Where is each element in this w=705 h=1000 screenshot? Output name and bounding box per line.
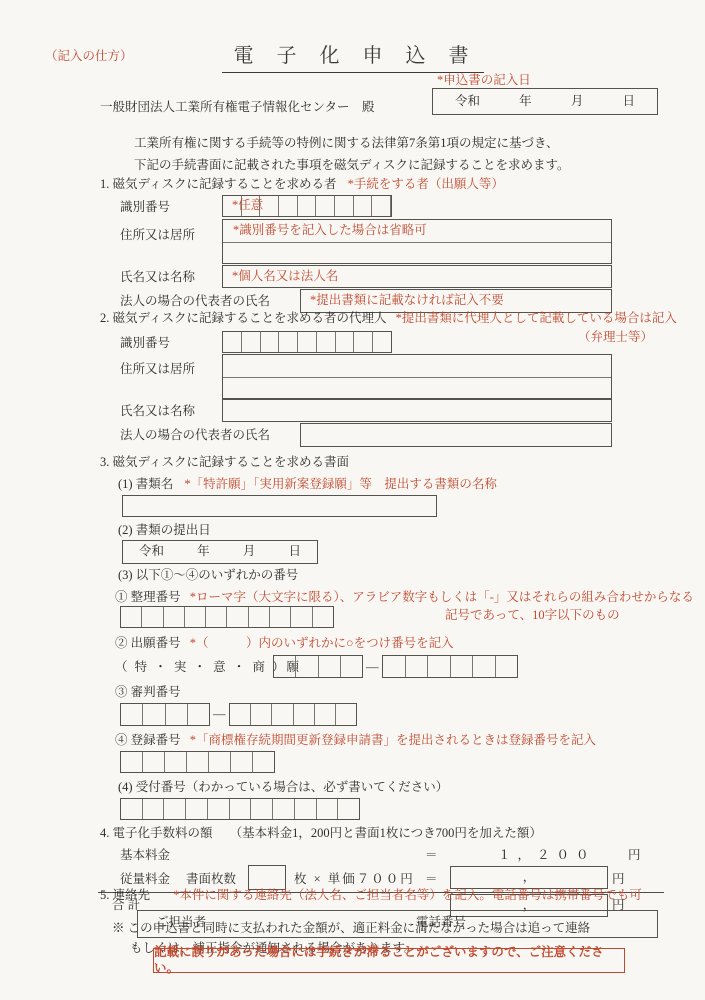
intro-line-2: 下記の手続書面に記載された事項を磁気ディスクに記録することを求めます。 [134,158,570,174]
digit-cell [298,196,317,216]
digit-cell [354,332,373,352]
digit-cell [341,656,362,677]
unit-fee-amount-field[interactable]: ， [450,866,608,889]
section2-id-label: 識別番号 [120,336,170,352]
intro-line-1: 工業所有権に関する手続等の特例に関する法律第7条第1項の規定に基づき、 [134,136,559,152]
section2-name-field[interactable] [222,399,612,422]
section2-heading-note2: （弁理士等） [578,330,653,346]
section1-address-field[interactable]: *識別番号を記入した場合は省略可 [222,219,612,264]
section2-address-field[interactable] [222,354,612,399]
digit-cell [188,704,209,725]
digit-cell [451,656,474,677]
digit-cell [272,704,293,725]
section3-item3-label: (3) 以下①～④のいずれかの番号 [118,568,298,584]
reference-number-grid[interactable] [120,606,334,628]
digit-cell [270,607,291,627]
section3-sub4-note: *「商標権存続期間更新登録申請書」を提出されるときは登録番号を記入 [190,733,596,747]
year-label: 年 [197,544,210,560]
digit-cell [164,607,185,627]
section3-sub1-note1: *ローマ字（大文字に限る）、アラビア数字もしくは「-」又はそれらの組み合わせから… [190,590,694,604]
section1-name-field[interactable]: *個人名又は法人名 [222,265,612,288]
digit-cell [227,607,248,627]
receipt-number-grid[interactable] [120,798,360,820]
addressee: 一般財団法人工業所有権電子情報化センター 殿 [100,100,375,116]
era-label: 令和 [455,94,480,110]
contact-heading-note: *本件に関する連絡先（法人名、ご担当者名等）を記入。電話番号は携帯番号でも可 [173,888,642,902]
digit-cell [242,332,261,352]
section3-item1-note: *「特許願」「実用新案登録願」等 提出する書類の名称 [184,477,497,491]
number-dash: ― [366,660,379,676]
digit-cell [253,752,274,772]
yen-label: 円 [612,872,625,888]
digit-cell [231,752,253,772]
digit-cell [143,704,165,725]
form-title-wrap: 電 子 化 申 込 書 [0,44,705,73]
digit-cell [336,332,355,352]
digit-cell [279,332,298,352]
digit-cell [335,196,354,216]
appeal-number-grid-left[interactable] [120,703,210,726]
day-label: 日 [288,544,301,560]
digit-cell [166,704,188,725]
contact-field[interactable]: ご担当者 電話番号 [137,910,658,938]
digit-cell [121,704,143,725]
digit-cell [249,607,270,627]
digit-cell [383,656,406,677]
warning-banner: 記載に誤りがあった場合には手続きが滞ることがございますので、ご注意ください。 [153,948,625,973]
section1-id-label: 識別番号 [120,200,170,216]
application-date-note: *申込書の記入日 [437,73,531,89]
digit-cell [298,332,317,352]
digit-cell [230,704,251,725]
document-name-field[interactable] [122,495,437,517]
base-fee-label: 基本料金 [120,848,170,864]
digit-cell [187,752,209,772]
contact-person-label: ご担当者 [156,915,206,931]
section1-heading: 1. 磁気ディスクに記録することを求める者 *手続をする者（出願人等） [100,177,504,193]
month-label: 月 [243,544,256,560]
digit-cell [121,607,142,627]
application-number-grid-right[interactable] [382,655,518,678]
section1-name-label: 氏名又は名称 [120,270,195,286]
application-number-grid-left[interactable] [273,655,363,678]
digit-cell [208,799,230,819]
submission-date-field[interactable]: 令和 年 月 日 [122,540,318,564]
section1-id-grid[interactable]: *任意 [222,195,392,217]
digit-cell [319,656,341,677]
unit-fee-label: 従量料金 [120,872,170,888]
section1-rep-field[interactable]: *提出書類に記載なければ記入不要 [300,289,612,313]
digit-cell [296,656,318,677]
digit-cell [206,607,227,627]
digit-cell [251,704,272,725]
equals-sign: ＝ [425,848,438,864]
digit-cell [209,752,231,772]
digit-cell [372,196,391,216]
section1-address-note: *識別番号を記入した場合は省略可 [233,223,427,239]
digit-cell [428,656,451,677]
section3-sub2-note: *（ ）内のいずれかに○をつけ番号を記入 [190,636,454,650]
section3-heading: 3. 磁気ディスクに記録することを求める書面 [100,455,349,471]
section1-heading-note: *手続をする者（出願人等） [348,177,504,191]
day-label: 日 [622,94,635,110]
section2-name-label: 氏名又は名称 [120,404,195,420]
registration-number-grid[interactable] [120,751,275,773]
equals-sign: ＝ [425,872,438,888]
digit-cell [316,196,335,216]
digit-cell [143,799,165,819]
digit-cell [186,799,208,819]
digit-cell [273,799,295,819]
section1-name-note: *個人名又は法人名 [232,269,338,285]
section1-rep-note: *提出書類に記載なければ記入不要 [310,293,504,309]
digit-cell [317,799,339,819]
digit-cell [313,607,333,627]
year-label: 年 [519,94,532,110]
digit-cell [336,704,356,725]
digit-cell [315,704,336,725]
section3-sub4: ④ 登録番号 *「商標権存続期間更新登録申請書」を提出されるときは登録番号を記入 [115,733,596,749]
digit-cell [291,607,312,627]
digit-cell [165,752,187,772]
digit-cell [496,656,518,677]
digit-cell [473,656,496,677]
application-date-field[interactable]: 令和 年 月 日 [432,88,658,115]
section2-heading: 2. 磁気ディスクに記録することを求める者の代理人 *提出書類に代理人として記載… [100,311,677,327]
digit-cell [406,656,429,677]
section3-sub3-label: ③ 審判番号 [115,685,181,701]
digit-cell [274,656,296,677]
digit-cell [279,196,298,216]
comma-mark: ， [523,870,536,886]
section3-sub1: ① 整理番号 *ローマ字（大文字に限る）、アラビア数字もしくは「-」又はそれらの… [115,590,694,606]
digit-cell [373,332,391,352]
month-label: 月 [571,94,584,110]
section3-item4: (4) 受付番号（わかっている場合は、必ず書いてください） [118,780,448,796]
row-divider [223,377,611,378]
appeal-number-grid-right[interactable] [229,703,357,726]
section4-heading-note: （基本料金1，200円と書面1枚につき700円を加えた額） [230,826,542,840]
section2-address-label: 住所又は居所 [120,362,195,378]
digit-cell [338,799,359,819]
number-dash: ― [213,707,226,723]
digit-cell [121,752,143,772]
digit-cell [143,752,165,772]
section2-id-grid[interactable] [222,331,392,353]
digit-cell [164,799,186,819]
scanned-application-form: （記入の仕方） 電 子 化 申 込 書 *申込書の記入日 令和 年 月 日 一般… [0,0,705,1000]
section1-rep-label: 法人の場合の代表者の氏名 [120,294,270,310]
digit-cell [121,799,143,819]
section2-rep-field[interactable] [300,423,612,447]
form-title: 電 子 化 申 込 書 [222,44,484,73]
section1-id-note: *任意 [232,198,263,214]
section3-sub1-note2: 記号であって、10字以下のもの [445,608,620,624]
sheet-count-field[interactable] [248,865,286,890]
section3-item2-label: (2) 書類の提出日 [118,523,211,539]
digit-cell [295,799,317,819]
section4-heading: 4. 電子化手数料の額 （基本料金1，200円と書面1枚につき700円を加えた額… [100,826,542,842]
digit-cell [251,799,273,819]
digit-cell [354,196,373,216]
digit-cell [317,332,336,352]
phone-number-label: 電話番号 [416,915,466,931]
sheet-count-label: 書面枚数 [186,872,236,888]
digit-cell [261,332,280,352]
contact-heading: 5. 連絡先 *本件に関する連絡先（法人名、ご担当者名等）を記入。電話番号は携帯… [100,888,642,904]
section3-item1: (1) 書類名 *「特許願」「実用新案登録願」等 提出する書類の名称 [118,477,497,493]
digit-cell [185,607,206,627]
section2-heading-note: *提出書類に代理人として記載している場合は記入 [396,311,677,325]
digit-cell [142,607,163,627]
section1-address-label: 住所又は居所 [120,228,195,244]
section3-sub2: ② 出願番号 *（ ）内のいずれかに○をつけ番号を記入 [115,636,454,652]
section2-rep-label: 法人の場合の代表者の氏名 [120,428,270,444]
yen-label: 円 [628,848,641,864]
row-divider [223,242,611,243]
digit-cell [230,799,252,819]
digit-cell [294,704,315,725]
unit-fee-formula: 枚 × 単価７００円 [294,872,415,888]
base-fee-amount: １，２００ [498,848,596,864]
digit-cell [223,332,242,352]
era-label: 令和 [139,544,164,560]
